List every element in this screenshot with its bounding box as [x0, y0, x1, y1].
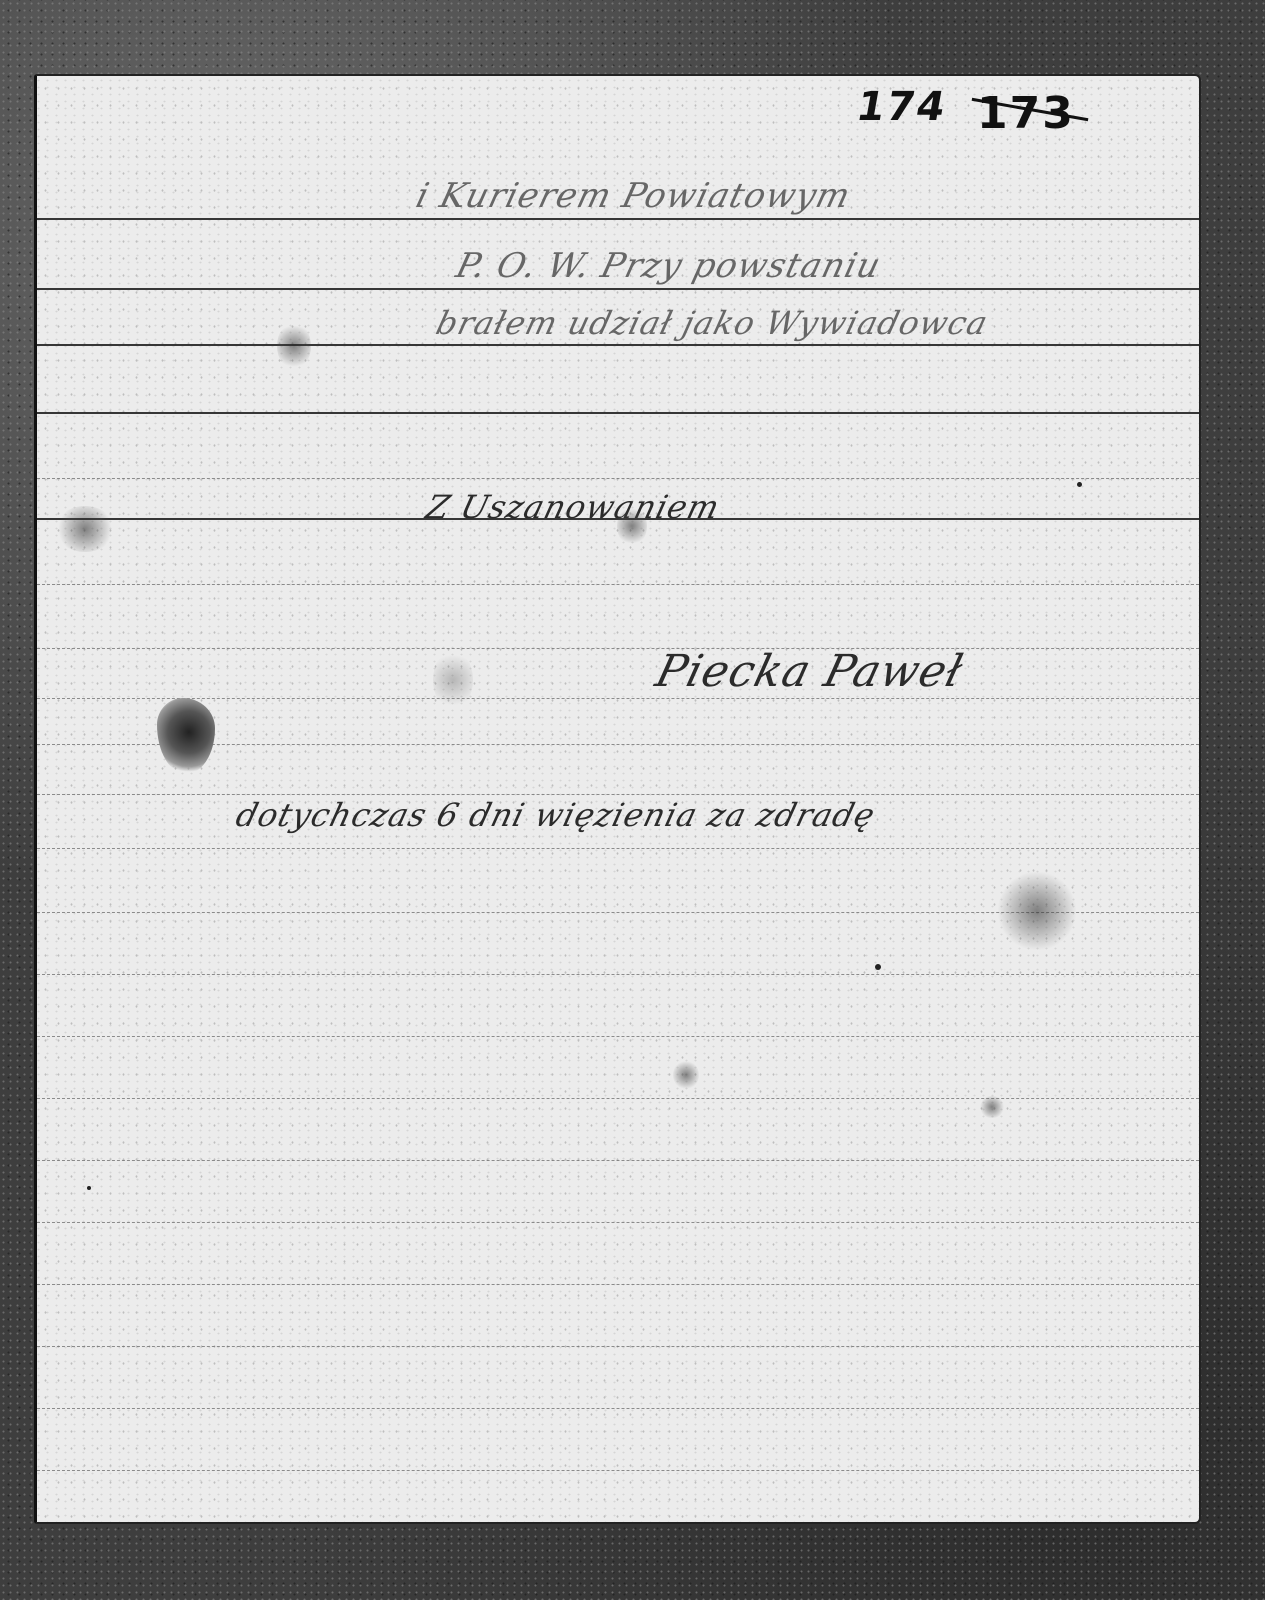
ruled-line — [37, 1098, 1199, 1099]
ruled-line — [37, 794, 1199, 795]
stain — [997, 871, 1077, 951]
ink-dot — [87, 1186, 91, 1190]
ruled-line — [37, 848, 1199, 849]
ink-dot — [875, 964, 881, 970]
stain — [55, 506, 115, 552]
paper-sheet: 174 173 i Kurierem Powiatowym P. O. W. P… — [34, 74, 1201, 1524]
folio-number-struck: 173 — [977, 88, 1075, 139]
ink-dot — [1077, 482, 1082, 487]
ruled-line — [37, 218, 1199, 220]
ruled-line — [37, 974, 1199, 975]
closing-salutation: Z Uszanowaniem — [422, 488, 724, 526]
handwritten-line: i Kurierem Powiatowym — [412, 176, 855, 216]
ruled-line — [37, 1346, 1199, 1347]
ruled-line — [37, 648, 1199, 649]
folio-number: 174 — [853, 84, 951, 130]
ruled-line — [37, 1036, 1199, 1037]
ruled-line — [37, 478, 1199, 479]
ruled-line — [37, 288, 1199, 290]
annotation-line: dotychczas 6 dni więzienia za zdradę — [232, 796, 879, 834]
ruled-line — [37, 344, 1199, 346]
handwritten-line: brałem udział jako Wywiadowca — [432, 304, 992, 342]
ruled-line — [37, 412, 1199, 414]
handwritten-line: P. O. W. Przy powstaniu — [452, 246, 885, 286]
stain — [617, 506, 647, 546]
ruled-line — [37, 1284, 1199, 1285]
ruled-line — [37, 1408, 1199, 1409]
ruled-line — [37, 1160, 1199, 1161]
ruled-line — [37, 584, 1199, 585]
stain — [979, 1096, 1005, 1118]
signature: Piecka Paweł — [651, 646, 969, 697]
stain — [673, 1060, 699, 1090]
ruled-line — [37, 1222, 1199, 1223]
ruled-line — [37, 698, 1199, 699]
stain — [277, 322, 311, 370]
ruled-line — [37, 1470, 1199, 1471]
stain — [433, 650, 473, 710]
